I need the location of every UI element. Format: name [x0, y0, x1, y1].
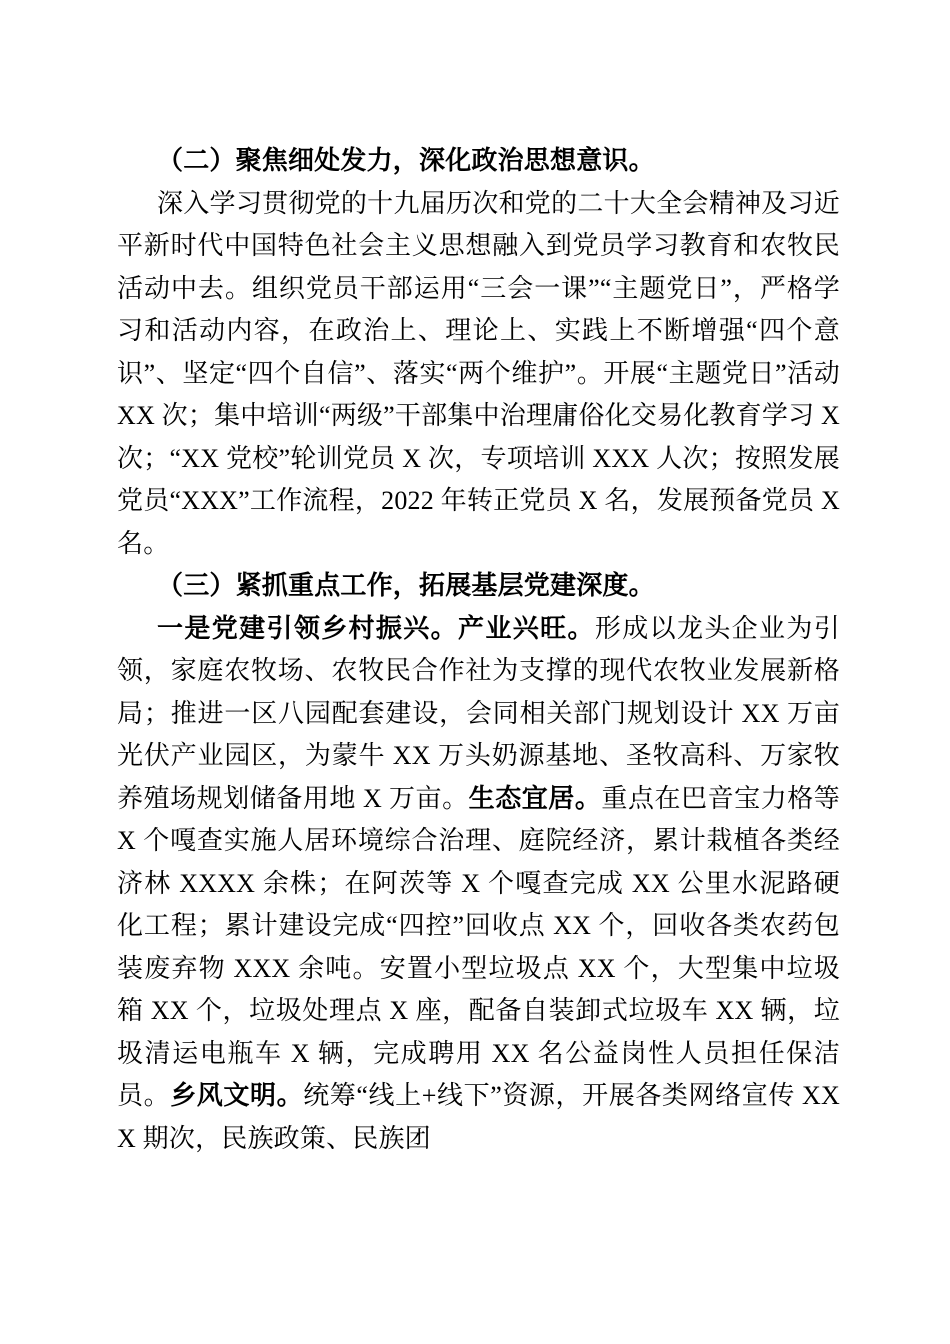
emphasis-text-run: 乡风文明。 [170, 1081, 303, 1110]
body-paragraph: 一是党建引领乡村振兴。产业兴旺。形成以龙头企业为引领，家庭农牧场、农牧民合作社为… [117, 608, 840, 1161]
document-page: （二）聚焦细处发力，深化政治思想意识。深入学习贯彻党的十九届历次和党的二十大全会… [0, 0, 950, 1344]
emphasis-text-run: （三）紧抓重点工作，拓展基层党建深度。 [157, 571, 655, 600]
text-run: 重点在巴音宝力格等 X 个嘎查实施人居环境综合治理、庭院经济，累计栽植各类经济林… [117, 784, 840, 1111]
section-heading: （二）聚焦细处发力，深化政治思想意识。 [117, 140, 840, 183]
body-paragraph: 深入学习贯彻党的十九届历次和党的二十大全会精神及习近平新时代中国特色社会主义思想… [117, 183, 840, 566]
emphasis-text-run: 一是党建引领乡村振兴。 [157, 614, 458, 643]
emphasis-text-run: 生态宜居。 [469, 784, 602, 813]
section-heading: （三）紧抓重点工作，拓展基层党建深度。 [117, 565, 840, 608]
emphasis-text-run: 产业兴旺。 [458, 614, 595, 643]
text-run: 深入学习贯彻党的十九届历次和党的二十大全会精神及习近平新时代中国特色社会主义思想… [117, 189, 840, 558]
emphasis-text-run: （二）聚焦细处发力，深化政治思想意识。 [157, 146, 655, 175]
document-body: （二）聚焦细处发力，深化政治思想意识。深入学习贯彻党的十九届历次和党的二十大全会… [117, 140, 840, 1160]
